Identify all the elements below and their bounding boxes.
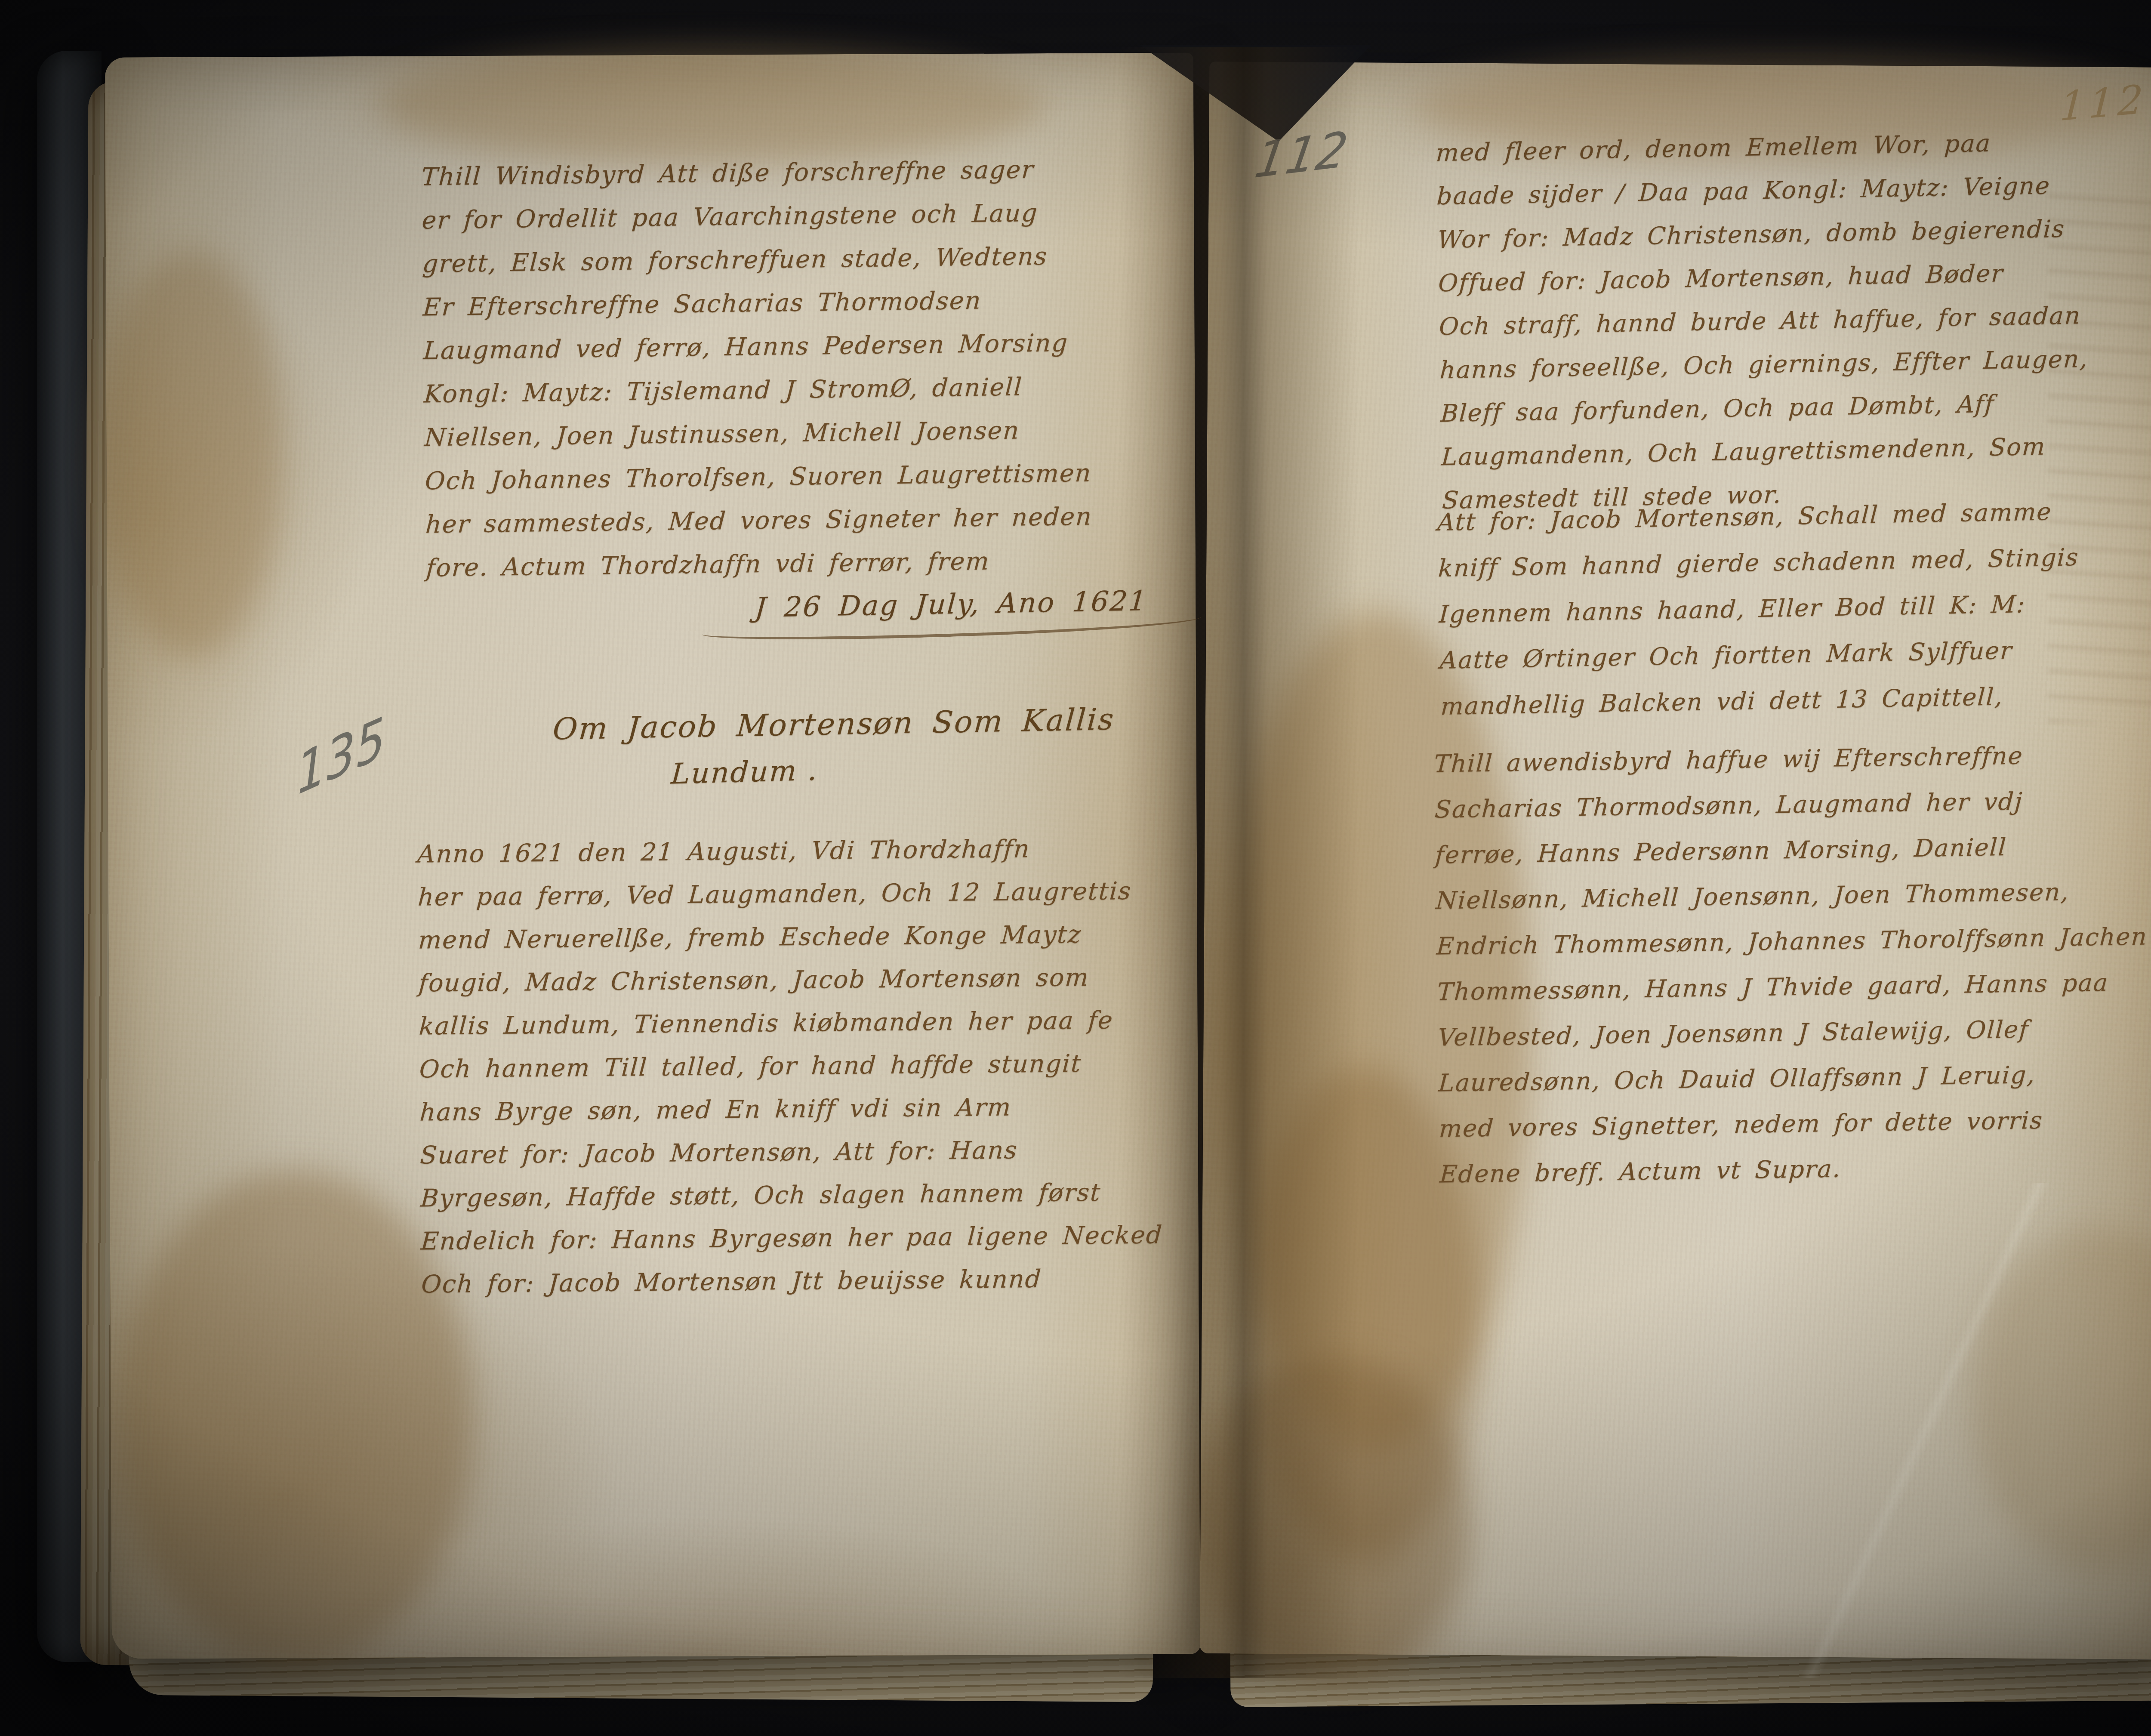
manuscript-line: fougid, Madz Christensøn, Jacob Mortensø… bbox=[417, 955, 1162, 1005]
left-page-record-1: Thill Windisbyrd Att diße forschreffne s… bbox=[421, 148, 1093, 590]
manuscript-line: Endelich for: Hanns Byrgesøn her paa lig… bbox=[419, 1213, 1164, 1263]
manuscript-line: her sammesteds, Med vores Signeter her n… bbox=[424, 495, 1093, 546]
right-page-record-1: med fleer ord, denom Emellem Wor, paabaa… bbox=[1436, 120, 2091, 522]
left-page-dateline: J 26 Dag July, Ano 1621 bbox=[754, 585, 1148, 624]
manuscript-line: Niellsen, Joen Justinussen, Michell Joen… bbox=[423, 408, 1092, 459]
manuscript-line: Anno 1621 den 21 Augusti, Vdi Thordzhaff… bbox=[416, 826, 1161, 876]
manuscript-line: kallis Lundum, Tiennendis kiøbmanden her… bbox=[418, 998, 1162, 1048]
right-page-record-3: Thill awendisbyrd haffue wij Efterschref… bbox=[1434, 732, 2151, 1198]
manuscript-line: Och for: Jacob Mortensøn Jtt beuijsse ku… bbox=[420, 1256, 1164, 1306]
manuscript-line: grett, Elsk som forschreffuen stade, Wed… bbox=[421, 234, 1090, 286]
manuscript-line: Och hannem Till talled, for hand haffde … bbox=[418, 1041, 1162, 1091]
manuscript-line: mend Neruerellße, fremb Eschede Konge Ma… bbox=[417, 912, 1161, 962]
manuscript-line: Er Efterschreffne Sacharias Thormodsen bbox=[422, 278, 1091, 330]
manuscript-line: Thill Windisbyrd Att diße forschreffne s… bbox=[420, 148, 1089, 199]
manuscript-line: hans Byrge søn, med En kniff vdi sin Arm bbox=[419, 1084, 1163, 1134]
manuscript-line: Suaret for: Jacob Mortensøn, Att for: Ha… bbox=[419, 1127, 1163, 1177]
manuscript-line: Byrgesøn, Haffde støtt, Och slagen hanne… bbox=[419, 1170, 1164, 1220]
manuscript-book-photo: Thill Windisbyrd Att diße forschreffne s… bbox=[0, 0, 2151, 1736]
manuscript-line: Och Johannes Thorolfsen, Suoren Laugrett… bbox=[424, 451, 1093, 503]
manuscript-line: her paa ferrø, Ved Laugmanden, Och 12 La… bbox=[416, 869, 1161, 919]
left-page-record-2: Anno 1621 den 21 Augusti, Vdi Thordzhaff… bbox=[417, 826, 1163, 1306]
manuscript-line: fore. Actum Thordzhaffn vdi ferrør, frem bbox=[425, 538, 1094, 590]
manuscript-line: Kongl: Maytz: Tijslemand J StromØ, danie… bbox=[423, 364, 1092, 416]
right-page-record-2: Att for: Jacob Mortensøn, Schall med sam… bbox=[1437, 488, 2081, 730]
manuscript-line: Laugmand ved ferrø, Hanns Pedersen Morsi… bbox=[422, 321, 1091, 373]
left-page-heading-line2: Lundum . bbox=[670, 753, 820, 790]
manuscript-line: er for Ordellit paa Vaarchingstene och L… bbox=[421, 191, 1090, 243]
